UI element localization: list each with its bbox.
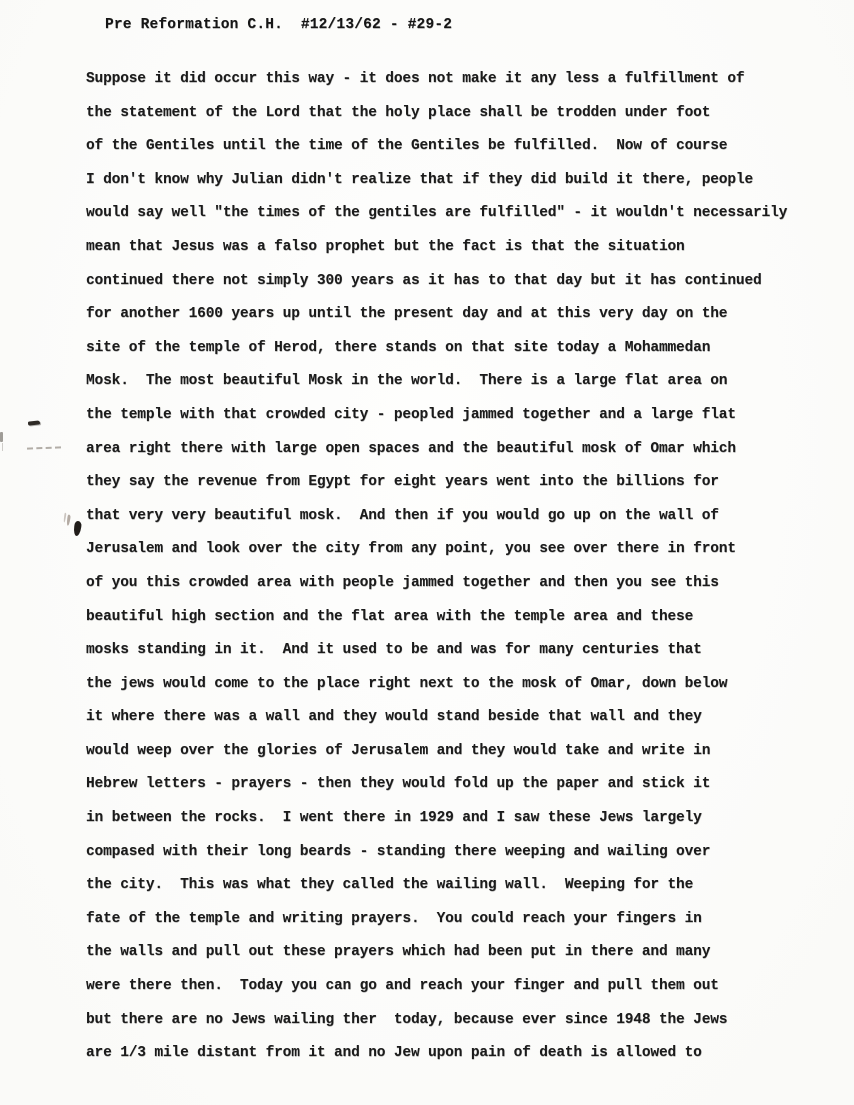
text-line: I don't know why Julian didn't realize t… — [86, 164, 831, 198]
text-line: the walls and pull out these prayers whi… — [86, 936, 831, 970]
text-line: fate of the temple and writing prayers. … — [86, 903, 831, 937]
text-line: are 1/3 mile distant from it and no Jew … — [86, 1037, 831, 1071]
text-line: beautiful high section and the flat area… — [86, 601, 831, 635]
document-header: Pre Reformation C.H. #12/13/62 - #29-2 — [105, 17, 452, 33]
text-line: the temple with that crowded city - peop… — [86, 399, 831, 433]
text-line: would weep over the glories of Jerusalem… — [86, 735, 831, 769]
text-line: it where there was a wall and they would… — [86, 701, 831, 735]
margin-pencil-dash — [28, 420, 40, 425]
page-edge-speck — [0, 432, 3, 442]
text-line: mosks standing in it. And it used to be … — [86, 634, 831, 668]
text-line: that very very beautiful mosk. And then … — [86, 500, 831, 534]
text-line: mean that Jesus was a falso prophet but … — [86, 231, 831, 265]
text-line: would say well "the times of the gentile… — [86, 197, 831, 231]
text-line: Hebrew letters - prayers - then they wou… — [86, 768, 831, 802]
text-line: of you this crowded area with people jam… — [86, 567, 831, 601]
text-line: continued there not simply 300 years as … — [86, 265, 831, 299]
text-line: for another 1600 years up until the pres… — [86, 298, 831, 332]
text-line: but there are no Jews wailing ther today… — [86, 1004, 831, 1038]
text-line: area right there with large open spaces … — [86, 433, 831, 467]
document-page: Pre Reformation C.H. #12/13/62 - #29-2 S… — [0, 0, 854, 1105]
document-body: Suppose it did occur this way - it does … — [86, 63, 831, 1071]
text-line: the jews would come to the place right n… — [86, 668, 831, 702]
text-line: compased with their long beards - standi… — [86, 836, 831, 870]
text-line: the statement of the Lord that the holy … — [86, 97, 831, 131]
text-line: they say the revenue from Egypt for eigh… — [86, 466, 831, 500]
text-line: site of the temple of Herod, there stand… — [86, 332, 831, 366]
text-line: of the Gentiles until the time of the Ge… — [86, 130, 831, 164]
margin-ink-blot — [73, 521, 82, 537]
text-line: Jerusalem and look over the city from an… — [86, 533, 831, 567]
text-line: Suppose it did occur this way - it does … — [86, 63, 831, 97]
text-line: the city. This was what they called the … — [86, 869, 831, 903]
text-line: Mosk. The most beautiful Mosk in the wor… — [86, 365, 831, 399]
text-line: were there then. Today you can go and re… — [86, 970, 831, 1004]
text-line: in between the rocks. I went there in 19… — [86, 802, 831, 836]
margin-faint-dashed-line — [27, 446, 61, 449]
